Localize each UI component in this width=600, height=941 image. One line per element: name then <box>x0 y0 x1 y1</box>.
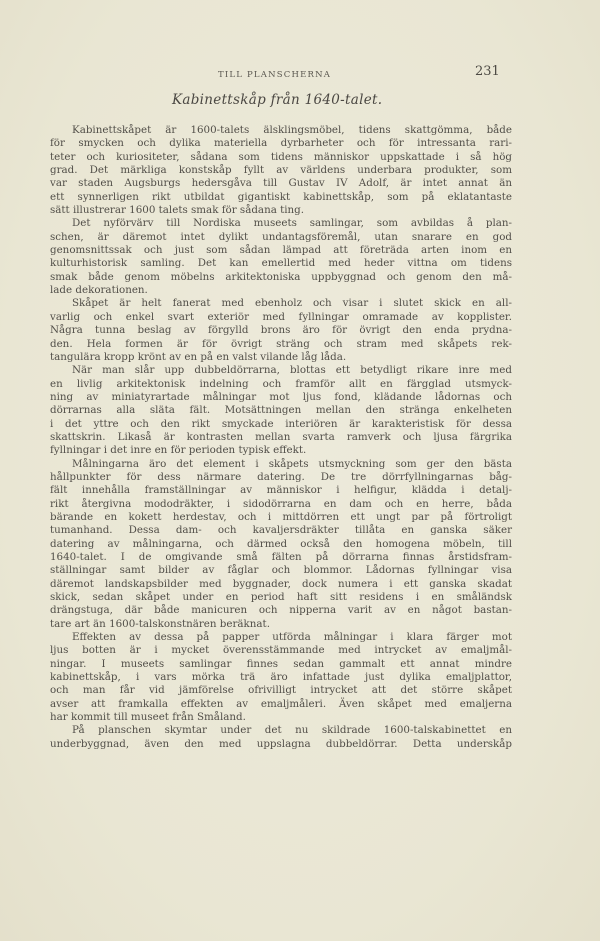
text-line: Det nyförvärv till Nordiska museets saml… <box>50 217 512 230</box>
text-line: hållpunkter för dess närmare datering. D… <box>50 471 512 484</box>
text-line: i det yttre och den rikt smyckade interi… <box>50 418 512 431</box>
text-line: 1640-talet. I de omgivande små fälten på… <box>50 551 512 564</box>
text-line: rikt återgivna mododräkter, i sidodörrar… <box>50 498 512 511</box>
text-line: sätt illustrerar 1600 talets smak för så… <box>50 204 512 217</box>
text-line: och man får vid jämförelse ofrivilligt i… <box>50 684 512 697</box>
page-number: 231 <box>475 64 500 79</box>
text-line: tare art än 1600-talskonstnären beräknat… <box>50 618 512 631</box>
running-head: TILL PLANSCHERNA <box>218 70 331 80</box>
section-title: Kabinettskåp från 1640-talet. <box>172 92 382 108</box>
text-line: ning av miniatyrartade målningar mot lju… <box>50 391 512 404</box>
paragraph-4: När man slår upp dubbeldörrarna, blottas… <box>50 364 512 457</box>
text-line: skattskrin. Likaså är kontrasten mellan … <box>50 431 512 444</box>
text-line: däremot landskapsbilder med byggnader, d… <box>50 578 512 591</box>
text-line: ljus botten är i mycket överensstämmande… <box>50 644 512 657</box>
text-line: smak både genom möbelns arkitektoniska u… <box>50 271 512 284</box>
text-line: en livlig arkitektonisk indelning och fr… <box>50 378 512 391</box>
paragraph-6: Effekten av dessa på papper utförda måln… <box>50 631 512 724</box>
text-line: Kabinettskåpet är 1600-talets älsklingsm… <box>50 124 512 137</box>
text-line: tumanhand. Dessa dam- och kavaljersdräkt… <box>50 524 512 537</box>
text-line: ningar. I museets samlingar finnes sedan… <box>50 658 512 671</box>
text-line: var staden Augsburgs hedersgåva till Gus… <box>50 177 512 190</box>
text-line: Några tunna beslag av förgylld brons äro… <box>50 324 512 337</box>
text-line: kulturhistorisk samling. Det kan emeller… <box>50 257 512 270</box>
paragraph-3: Skåpet är helt fanerat med ebenholz och … <box>50 297 512 364</box>
text-line: Effekten av dessa på papper utförda måln… <box>50 631 512 644</box>
text-line: fyllningar i det inre en för perioden ty… <box>50 444 512 457</box>
text-line: varlig och enkel svart exteriör med fyll… <box>50 311 512 324</box>
text-line: På planschen skymtar under det nu skildr… <box>50 724 512 737</box>
text-line: för smycken och dylika materiella dyrbar… <box>50 137 512 150</box>
text-line: drängstuga, där både manicuren och nippe… <box>50 604 512 617</box>
text-line: Målningarna äro det element i skåpets ut… <box>50 458 512 471</box>
text-line: lade dekorationen. <box>50 284 512 297</box>
text-line: schen, är däremot intet dylikt undantags… <box>50 231 512 244</box>
text-line: grad. Det märkliga konstskåp fyllt av vä… <box>50 164 512 177</box>
text-line: dörrarnas alla släta fält. Motsättningen… <box>50 404 512 417</box>
text-line: kabinettskåp, i vars mörka trä äro infat… <box>50 671 512 684</box>
text-line: När man slår upp dubbeldörrarna, blottas… <box>50 364 512 377</box>
text-line: ett synnerligen rikt utbildat gigantiskt… <box>50 191 512 204</box>
text-line: avser att framkalla effekten av emaljmål… <box>50 698 512 711</box>
paragraph-2: Det nyförvärv till Nordiska museets saml… <box>50 217 512 297</box>
text-line: bärande en kokett herdestav, och i mittd… <box>50 511 512 524</box>
text-line: ställningar samt bilder av fåglar och bl… <box>50 564 512 577</box>
body-text: Kabinettskåpet är 1600-talets älsklingsm… <box>50 124 512 751</box>
text-line: tangulära kropp krönt av en på en valst … <box>50 351 512 364</box>
paragraph-5: Målningarna äro det element i skåpets ut… <box>50 458 512 631</box>
text-line: genomsnittssak och just som sådan lämpad… <box>50 244 512 257</box>
text-line: skick, sedan skåpet under en period haft… <box>50 591 512 604</box>
text-line: teter och kuriositeter, sådana som tiden… <box>50 151 512 164</box>
text-line: fält innehålla framställningar av männis… <box>50 484 512 497</box>
text-line: har kommit till museet från Småland. <box>50 711 512 724</box>
text-line: underbyggnad, även den med uppslagna dub… <box>50 738 512 751</box>
paragraph-1: Kabinettskåpet är 1600-talets älsklingsm… <box>50 124 512 217</box>
text-line: Skåpet är helt fanerat med ebenholz och … <box>50 297 512 310</box>
text-line: den. Hela formen är för övrigt sträng oc… <box>50 338 512 351</box>
book-page: TILL PLANSCHERNA 231 Kabinettskåp från 1… <box>0 0 600 941</box>
text-line: datering av målningarna, och därmed ocks… <box>50 538 512 551</box>
paragraph-7: På planschen skymtar under det nu skildr… <box>50 724 512 751</box>
